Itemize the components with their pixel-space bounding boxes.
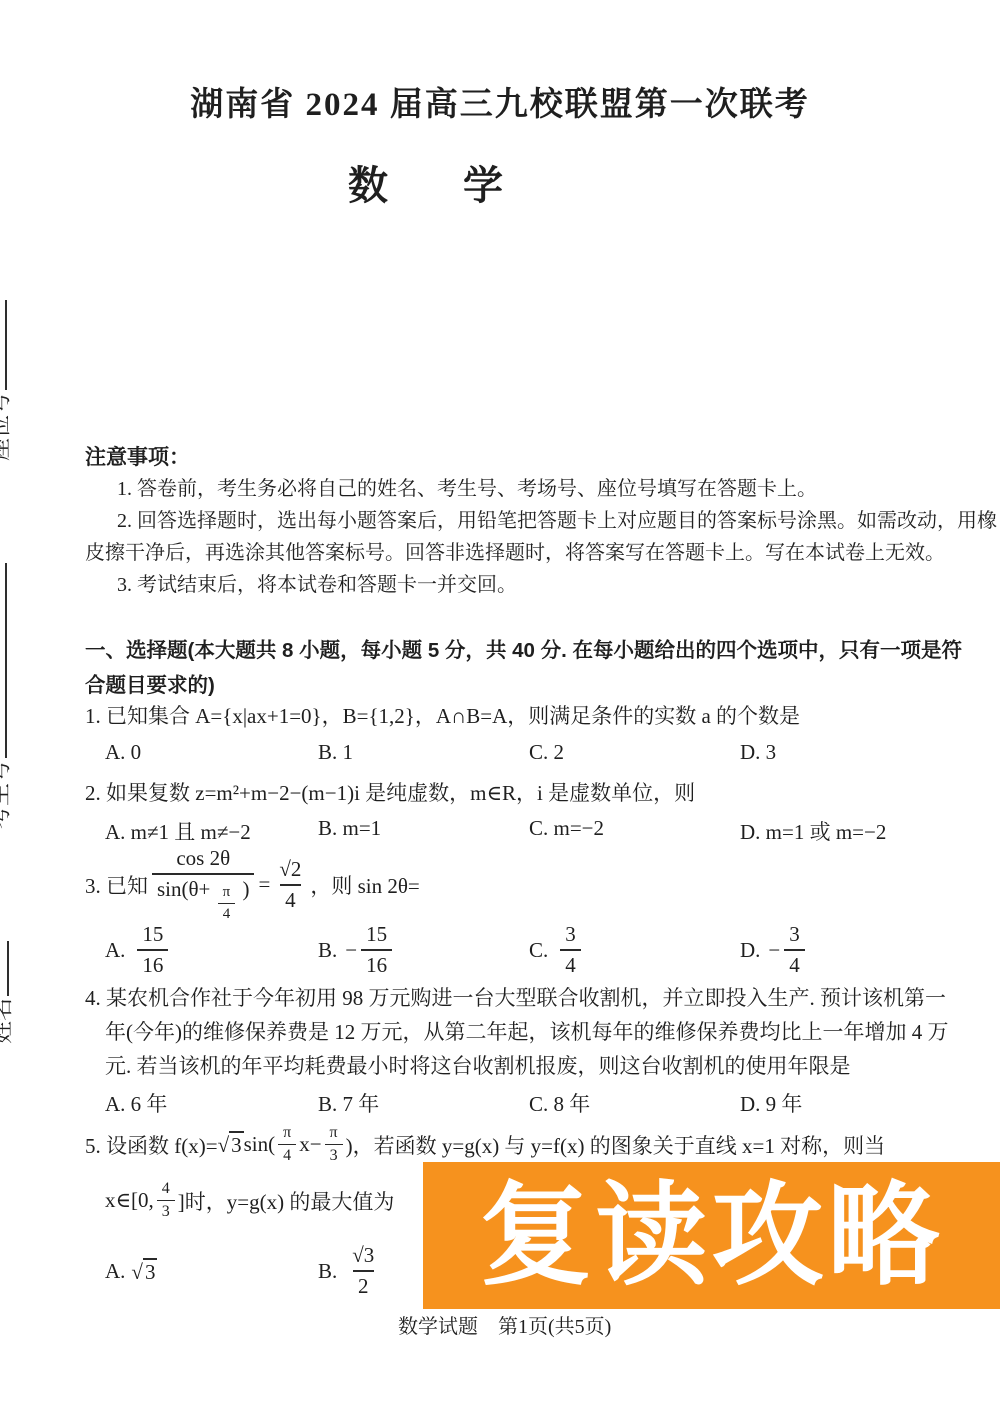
seat-label: 座位号 [0,392,12,461]
q3-equals: = [258,872,270,897]
q3-nested-num: π [218,884,236,903]
question-1-stem: 1. 已知集合 A={x|ax+1=0}，B={1,2}，A∩B=A，则满足条件… [85,703,800,729]
q3-suffix: ，则 sin 2θ= [310,870,419,900]
q3-option-c: C. 34 [529,922,740,978]
q5-l2a: x∈[0, [105,1188,154,1213]
name-label: 姓名 [0,998,14,1044]
q5-a-label: A. [105,1259,125,1284]
q3-b-label: B. [318,938,337,963]
q3-a-num: 15 [137,922,168,949]
q3-option-a: A. 1516 [85,922,318,978]
q3-d-den: 4 [784,949,805,978]
q3-b-fraction: 1516 [361,922,392,978]
q5-l2b: ]时，y=g(x) 的最大值为 [178,1186,395,1216]
q5-p4: )，若函数 y=g(x) 与 y=f(x) 的图象关于直线 x=1 对称，则当 [346,1130,886,1160]
q3-c-num: 3 [560,922,581,949]
q3-nested-den: 4 [218,903,236,923]
q1-option-c: C. 2 [529,740,740,765]
q5-p3: x− [299,1132,321,1157]
q3-c-fraction: 34 [560,922,581,978]
q3-a-fraction: 1516 [137,922,168,978]
q3-rhs-den: 4 [280,884,301,913]
watermark-banner: 复读攻略 [423,1162,1000,1309]
q3-b-sign: − [345,938,357,963]
q5-f1-num: π [278,1124,296,1144]
q3-fraction-numerator: cos 2θ [171,846,235,873]
candidate-label: 考生号 [0,760,12,829]
q3-a-den: 16 [137,949,168,978]
q3-den-pre: sin(θ+ [157,877,210,901]
q5-b-num: √3 [347,1243,379,1270]
question-3-options: A. 1516 B. − 1516 C. 34 D. − 34 [85,922,960,978]
question-4-stem-line2: 年(今年)的维修保养费是 12 万元，从第二年起，该机每年的维修保养费均比上一年… [105,1019,948,1045]
q1-option-a: A. 0 [85,740,318,765]
q2-option-c: C. m=−2 [529,816,740,846]
q3-a-label: A. [105,938,125,963]
q5-f2-den: 3 [325,1144,343,1165]
q3-c-label: C. [529,938,548,963]
q5-f2-num: π [325,1124,343,1144]
q5-b-label: B. [318,1259,337,1284]
q5-a-radical: √ [131,1260,143,1285]
q3-option-d: D. − 34 [740,922,960,978]
exam-paper-page: { "colors": {"banner_orange": "#F6921E",… [0,0,1000,1408]
seat-fill-line [0,300,7,390]
q3-d-label: D. [740,938,760,963]
q2-option-b: B. m=1 [318,816,529,846]
margin-seat-field: 座位号 [0,300,14,461]
q5-f1-den: 4 [278,1144,296,1165]
subject-title: 数学 [0,154,963,211]
candidate-fill-line [0,563,7,758]
question-4-stem-line3: 元. 若当该机的年平均耗费最小时将这台收割机报废，则这台收割机的使用年限是 [105,1053,851,1079]
q5-b-fraction: √32 [347,1243,379,1299]
q5-a-sqrt: √3 [131,1258,157,1285]
question-2-stem: 2. 如果复数 z=m²+m−2−(m−1)i 是纯虚数，m∈R，i 是虚数单位… [85,780,695,806]
q4-option-a: A. 6 年 [85,1088,318,1118]
page-footer: 数学试题 第1页(共5页) [398,1310,611,1339]
q5-p2: sin( [244,1132,276,1157]
q5-fraction-pi4: π4 [278,1124,296,1165]
q3-d-num: 3 [784,922,805,949]
name-fill-line [1,941,9,996]
q3-fraction-denominator: sin(θ+ π 4 ) [152,873,254,923]
q2-option-a: A. m≠1 且 m≠−2 [85,816,318,846]
question-4-options: A. 6 年 B. 7 年 C. 8 年 D. 9 年 [85,1088,960,1118]
margin-candidate-field: 考生号 [0,563,14,829]
q5-f3-den: 3 [157,1200,175,1221]
radical-sign: √ [218,1133,230,1158]
q5-f3-num: 4 [157,1180,175,1200]
q3-rhs-fraction: √2 4 [274,857,306,913]
question-4-stem-line1: 4. 某农机合作社于今年初用 98 万元购进一台大型联合收割机，并立即投入生产.… [85,985,946,1011]
q5-fraction-pi3: π3 [325,1124,343,1165]
q5-a-arg: 3 [143,1258,158,1285]
q3-main-fraction: cos 2θ sin(θ+ π 4 ) [152,846,254,923]
q1-option-d: D. 3 [740,740,960,765]
notice-item-3: 3. 考试结束后，将本试卷和答题卡一并交回。 [117,573,517,598]
section-heading-line2: 合题目要求的) [85,668,215,698]
q3-den-post: ) [242,877,249,901]
q3-c-den: 4 [560,949,581,978]
q3-option-b: B. − 1516 [318,922,529,978]
notice-item-2-line1: 2. 回答选择题时，选出每小题答案后，用铅笔把答题卡上对应题目的答案标号涂黑。如… [117,509,997,534]
q2-option-d: D. m=1 或 m=−2 [740,816,960,846]
q4-option-c: C. 8 年 [529,1088,740,1118]
q3-rhs-num: √2 [274,857,306,884]
q3-d-sign: − [768,938,780,963]
q5-fraction-43: 43 [157,1180,175,1221]
notice-item-1: 1. 答卷前，考生务必将自己的姓名、考生号、考场号、座位号填写在答题卡上。 [117,477,817,502]
question-3-stem: 3. 已知 cos 2θ sin(θ+ π 4 ) = √2 4 ，则 sin … [85,846,420,923]
q3-d-fraction: 34 [784,922,805,978]
notice-item-2-line2: 皮擦干净后，再选涂其他答案标号。回答非选择题时，将答案写在答题卡上。写在本试卷上… [85,541,945,566]
margin-name-field: 姓名 [0,941,16,1044]
q5-p1: 5. 设函数 f(x)= [85,1130,218,1160]
section-heading-line1: 一、选择题(本大题共 8 小题，每小题 5 分，共 40 分. 在每小题给出的四… [85,633,962,663]
q5-option-a: A. √3 [85,1258,318,1285]
question-5-stem-line1: 5. 设函数 f(x)= √3 sin( π4 x− π3 )，若函数 y=g(… [85,1124,885,1165]
q3-b-den: 16 [361,949,392,978]
q5-b-den: 2 [353,1270,374,1299]
q5-sqrt3: √3 [218,1131,244,1158]
question-5-stem-line2: x∈[0, 43 ]时，y=g(x) 的最大值为 [105,1180,394,1221]
q5-sqrt-arg: 3 [229,1131,244,1158]
question-1-options: A. 0 B. 1 C. 2 D. 3 [85,740,960,765]
notice-heading: 注意事项： [85,441,190,471]
q5-option-b: B. √32 [318,1243,383,1299]
q3-nested-fraction: π 4 [218,884,236,923]
q4-option-b: B. 7 年 [318,1088,529,1118]
page-title: 湖南省 2024 届高三九校联盟第一次联考 [0,78,1000,125]
q1-option-b: B. 1 [318,740,529,765]
question-2-options: A. m≠1 且 m≠−2 B. m=1 C. m=−2 D. m=1 或 m=… [85,816,960,846]
q4-option-d: D. 9 年 [740,1088,960,1118]
q3-b-num: 15 [361,922,392,949]
q3-prefix: 3. 已知 [85,870,148,900]
watermark-text: 复读攻略 [480,1180,944,1292]
